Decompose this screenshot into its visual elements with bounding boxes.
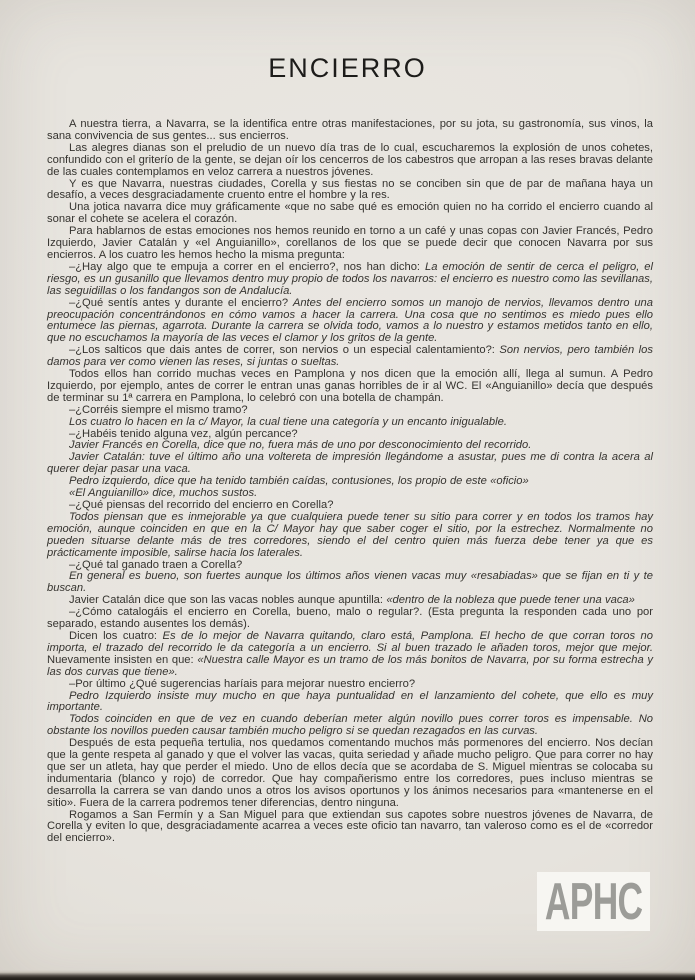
text-segment: Una jotica navarra dice muy gráficamente… bbox=[47, 201, 653, 225]
text-segment: Rogamos a San Fermín y a San Miguel para… bbox=[47, 809, 653, 845]
text-segment: Nuevamente insisten en que: bbox=[47, 654, 197, 666]
paragraph: –¿Qué sentís antes y durante el encierro… bbox=[47, 298, 653, 346]
text-segment: –¿Habéis tenido alguna vez, algún percan… bbox=[69, 428, 298, 440]
text-segment: –¿Corréis siempre el mismo tramo? bbox=[69, 404, 248, 416]
text-segment: –¿Qué sentís antes y durante el encierro… bbox=[69, 297, 293, 309]
text-segment: Pedro Izquierdo insiste muy mucho en que… bbox=[47, 690, 653, 714]
text-segment: –¿Qué piensas del recorrido del encierro… bbox=[69, 499, 333, 511]
paragraph: Todos ellos han corrido muchas veces en … bbox=[47, 369, 653, 405]
paragraph: Dicen los cuatro: Es de lo mejor de Nava… bbox=[47, 631, 653, 679]
page-title: ENCIERRO bbox=[0, 53, 695, 84]
paragraph: Las alegres dianas son el preludio de un… bbox=[47, 143, 653, 179]
text-segment: Javier Catalán: tuve el último año una v… bbox=[47, 451, 653, 475]
text-segment: En general es bueno, son fuertes aunque … bbox=[47, 570, 653, 594]
text-segment: Después de esta pequeña tertulia, nos qu… bbox=[47, 737, 653, 809]
text-segment: Dicen los cuatro: bbox=[69, 630, 163, 642]
text-segment: A nuestra tierra, a Navarra, se la ident… bbox=[47, 118, 653, 142]
page-bottom-edge bbox=[0, 970, 695, 980]
paragraph: –¿Los salticos que dais antes de correr,… bbox=[47, 345, 653, 369]
paragraph: Javier Catalán: tuve el último año una v… bbox=[47, 452, 653, 476]
paragraph: Pedro Izquierdo insiste muy mucho en que… bbox=[47, 691, 653, 715]
text-segment: –¿Cómo catalogáis el encierro en Corella… bbox=[47, 606, 653, 630]
paragraph: Rogamos a San Fermín y a San Miguel para… bbox=[47, 810, 653, 846]
text-segment: Javier Catalán dice que son las vacas no… bbox=[69, 594, 386, 606]
text-segment: –¿Qué tal ganado traen a Corella? bbox=[69, 559, 242, 571]
text-segment: Para hablarnos de estas emociones nos he… bbox=[47, 225, 653, 261]
paragraph: A nuestra tierra, a Navarra, se la ident… bbox=[47, 119, 653, 143]
text-segment: –¿Hay algo que te empuja a correr en el … bbox=[69, 261, 425, 273]
paragraph: –¿Cómo catalogáis el encierro en Corella… bbox=[47, 607, 653, 631]
paragraph: En general es bueno, son fuertes aunque … bbox=[47, 571, 653, 595]
paragraph: –¿Hay algo que te empuja a correr en el … bbox=[47, 262, 653, 298]
page: ENCIERRO A nuestra tierra, a Navarra, se… bbox=[0, 0, 695, 980]
paragraph: Todos coinciden en que de vez en cuando … bbox=[47, 714, 653, 738]
text-segment: «dentro de la nobleza que puede tener un… bbox=[386, 594, 635, 606]
text-segment: Pedro izquierdo, dice que ha tenido tamb… bbox=[69, 475, 529, 487]
text-segment: Todos coinciden en que de vez en cuando … bbox=[47, 713, 653, 737]
aphc-watermark-text: APHC bbox=[545, 876, 642, 928]
text-segment: Todos piensan que es inmejorable ya que … bbox=[47, 511, 653, 559]
aphc-watermark: APHC bbox=[537, 872, 650, 931]
paragraph: Una jotica navarra dice muy gráficamente… bbox=[47, 202, 653, 226]
paragraph: Todos piensan que es inmejorable ya que … bbox=[47, 512, 653, 560]
text-segment: –Por último ¿Qué sugerencias haríais par… bbox=[69, 678, 415, 690]
text-segment: Todos ellos han corrido muchas veces en … bbox=[47, 368, 653, 404]
text-segment: Los cuatro lo hacen en la c/ Mayor, la c… bbox=[69, 416, 507, 428]
paragraph: Después de esta pequeña tertulia, nos qu… bbox=[47, 738, 653, 809]
paragraph: Para hablarnos de estas emociones nos he… bbox=[47, 226, 653, 262]
article-body: A nuestra tierra, a Navarra, se la ident… bbox=[47, 119, 653, 845]
text-segment: –¿Los salticos que dais antes de correr,… bbox=[69, 344, 499, 356]
text-segment: Y es que Navarra, nuestras ciudades, Cor… bbox=[47, 178, 653, 202]
text-segment: «El Anguianillo» dice, muchos sustos. bbox=[69, 487, 257, 499]
text-segment: Las alegres dianas son el preludio de un… bbox=[47, 142, 653, 178]
paragraph: Y es que Navarra, nuestras ciudades, Cor… bbox=[47, 179, 653, 203]
text-segment: Javier Francés en Corella, dice que no, … bbox=[69, 439, 531, 451]
